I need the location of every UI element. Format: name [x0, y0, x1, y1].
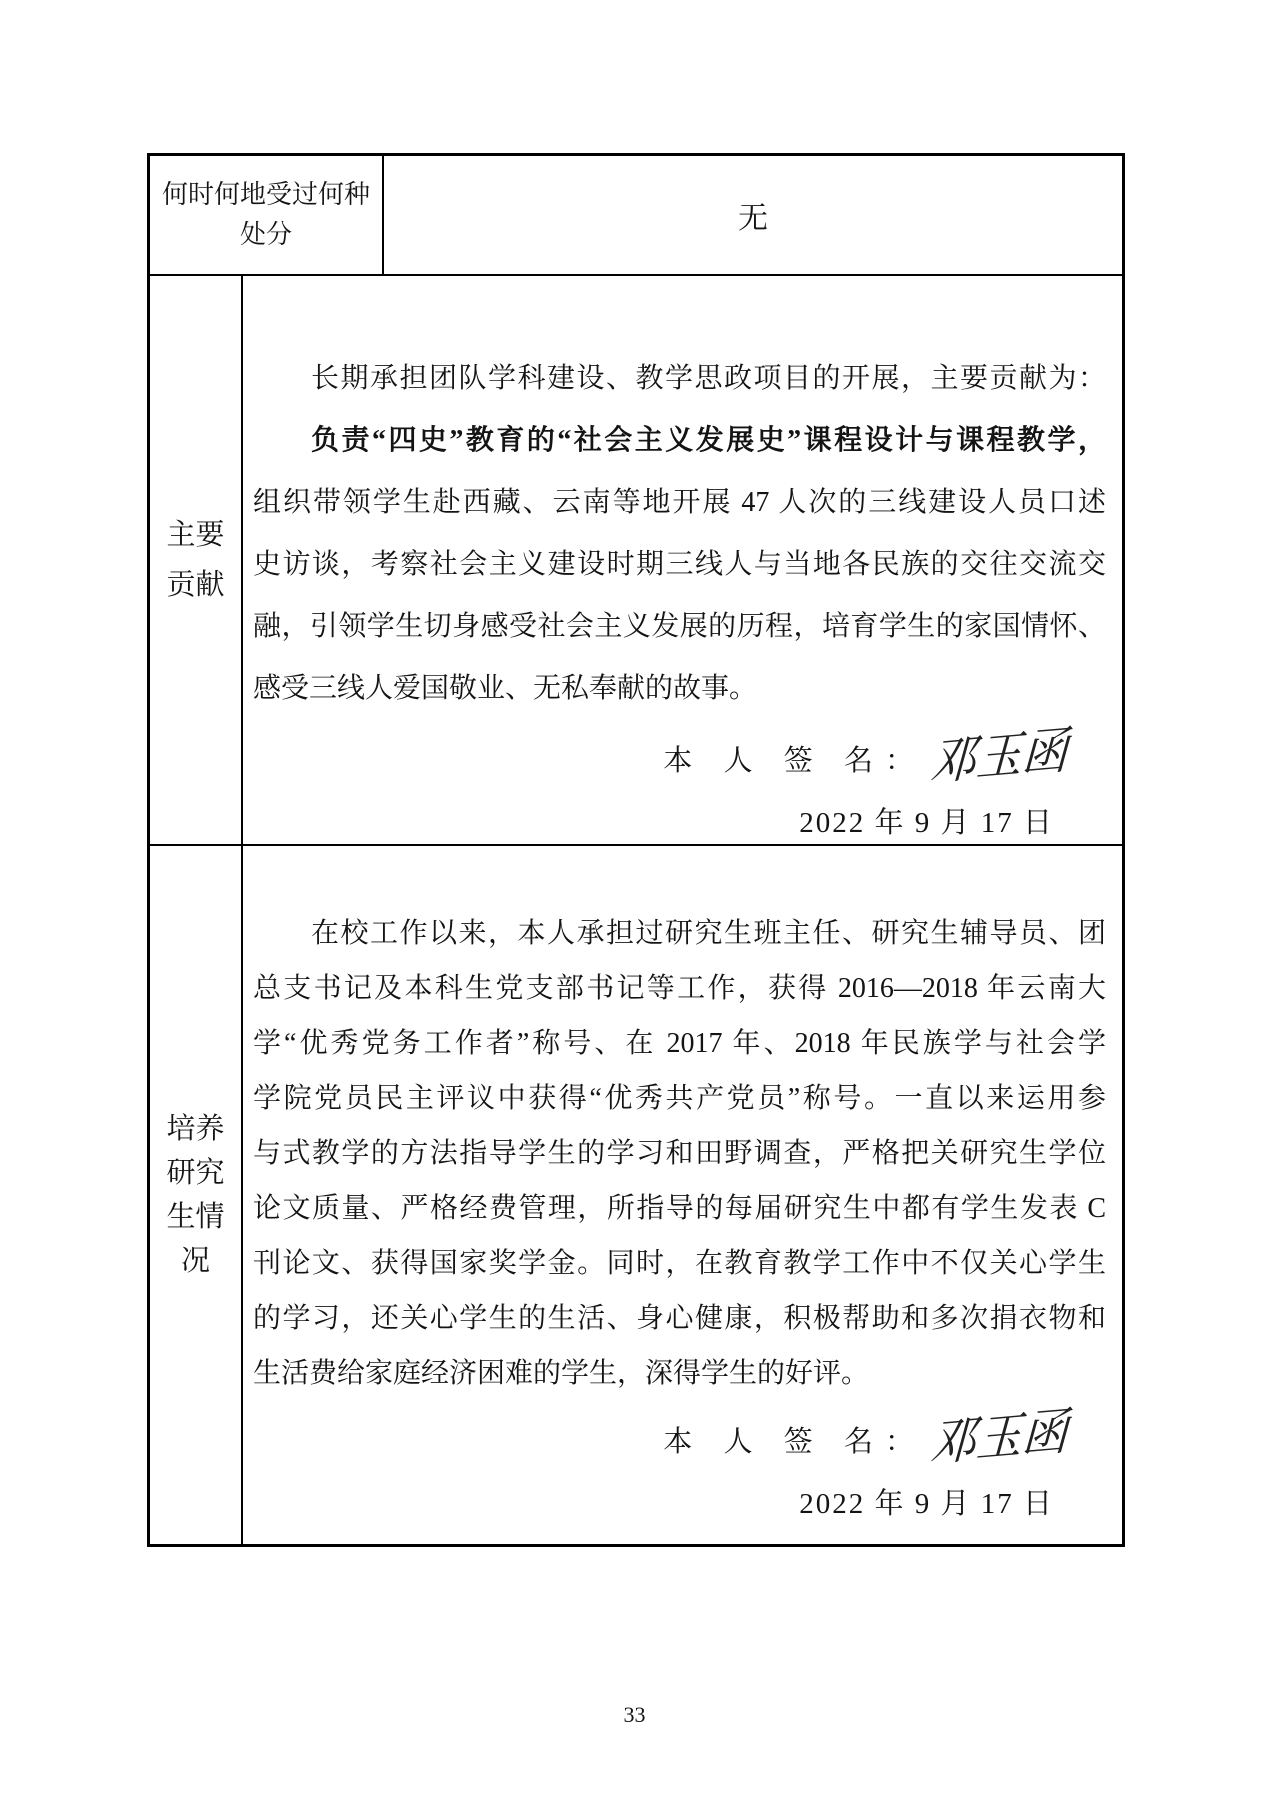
row-graduate-training: 培养研究生情况 在校工作以来，本人承担过研究生班主任、研究生辅导员、团 总支书记…	[150, 844, 1122, 1544]
graduate-line: 生活费给家庭经济困难的学生，深得学生的好评。	[253, 1346, 1106, 1401]
graduate-line: 在校工作以来，本人承担过研究生班主任、研究生辅导员、团	[253, 906, 1106, 961]
graduate-line: 总支书记及本科生党支部书记等工作，获得 2016—2018 年云南大	[253, 961, 1106, 1016]
contributions-label-cell: 主要贡献	[150, 276, 243, 844]
contribution-line: 组织带领学生赴西藏、云南等地开展 47 人次的三线建设人员口述	[253, 472, 1106, 534]
punishment-label-cell: 何时何地受过何种处分	[150, 156, 384, 274]
graduate-content: 在校工作以来，本人承担过研究生班主任、研究生辅导员、团 总支书记及本科生党支部书…	[243, 846, 1122, 1544]
graduate-label: 培养研究生情况	[164, 1107, 228, 1283]
graduate-line: 学“优秀党务工作者”称号、在 2017 年、2018 年民族学与社会学	[253, 1016, 1106, 1071]
graduate-line: 论文质量、严格经费管理，所指导的每届研究生中都有学生发表 C	[253, 1181, 1106, 1236]
signature-handwritten: 邓玉函	[928, 1398, 1069, 1478]
contributions-label: 主要贡献	[164, 510, 228, 610]
row-main-contributions: 主要贡献 长期承担团队学科建设、教学思政项目的开展，主要贡献为： 负责“四史”教…	[150, 274, 1122, 844]
graduate-line: 学院党员民主评议中获得“优秀共产党员”称号。一直以来运用参	[253, 1071, 1106, 1126]
page-number: 33	[0, 1702, 1269, 1728]
contribution-line-bold: 负责“四史”教育的“社会主义发展史”课程设计与课程教学，	[253, 410, 1106, 472]
contributions-content: 长期承担团队学科建设、教学思政项目的开展，主要贡献为： 负责“四史”教育的“社会…	[243, 276, 1122, 844]
row-punishment: 何时何地受过何种处分 无	[150, 156, 1122, 274]
contribution-line: 史访谈，考察社会主义建设时期三线人与当地各民族的交往交流交	[253, 534, 1106, 596]
punishment-value: 无	[384, 156, 1122, 274]
signature-handwritten: 邓玉函	[928, 717, 1069, 797]
signature-label: 本 人 签 名：	[663, 730, 926, 792]
personnel-form-table: 何时何地受过何种处分 无 主要贡献 长期承担团队学科建设、教学思政项目的开展，主…	[147, 153, 1125, 1547]
graduate-line: 的学习，还关心学生的生活、身心健康，积极帮助和多次捐衣物和	[253, 1291, 1106, 1346]
signature-row: 本 人 签 名： 邓玉函	[253, 724, 1106, 792]
graduate-label-cell: 培养研究生情况	[150, 846, 243, 1544]
signature-date: 2022 年 9 月 17 日	[253, 796, 1106, 844]
signature-label: 本 人 签 名：	[663, 1411, 926, 1473]
graduate-line: 与式教学的方法指导学生的学习和田野调查，严格把关研究生学位	[253, 1126, 1106, 1181]
punishment-label: 何时何地受过何种处分	[160, 175, 372, 255]
contribution-line: 融，引领学生切身感受社会主义发展的历程，培育学生的家国情怀、	[253, 596, 1106, 658]
graduate-line: 刊论文、获得国家奖学金。同时，在教育教学工作中不仅关心学生	[253, 1236, 1106, 1291]
contribution-line: 长期承担团队学科建设、教学思政项目的开展，主要贡献为：	[253, 348, 1106, 410]
contribution-line: 感受三线人爱国敬业、无私奉献的故事。	[253, 658, 1106, 720]
signature-row: 本 人 签 名： 邓玉函	[253, 1405, 1106, 1473]
signature-date: 2022 年 9 月 17 日	[253, 1477, 1106, 1532]
